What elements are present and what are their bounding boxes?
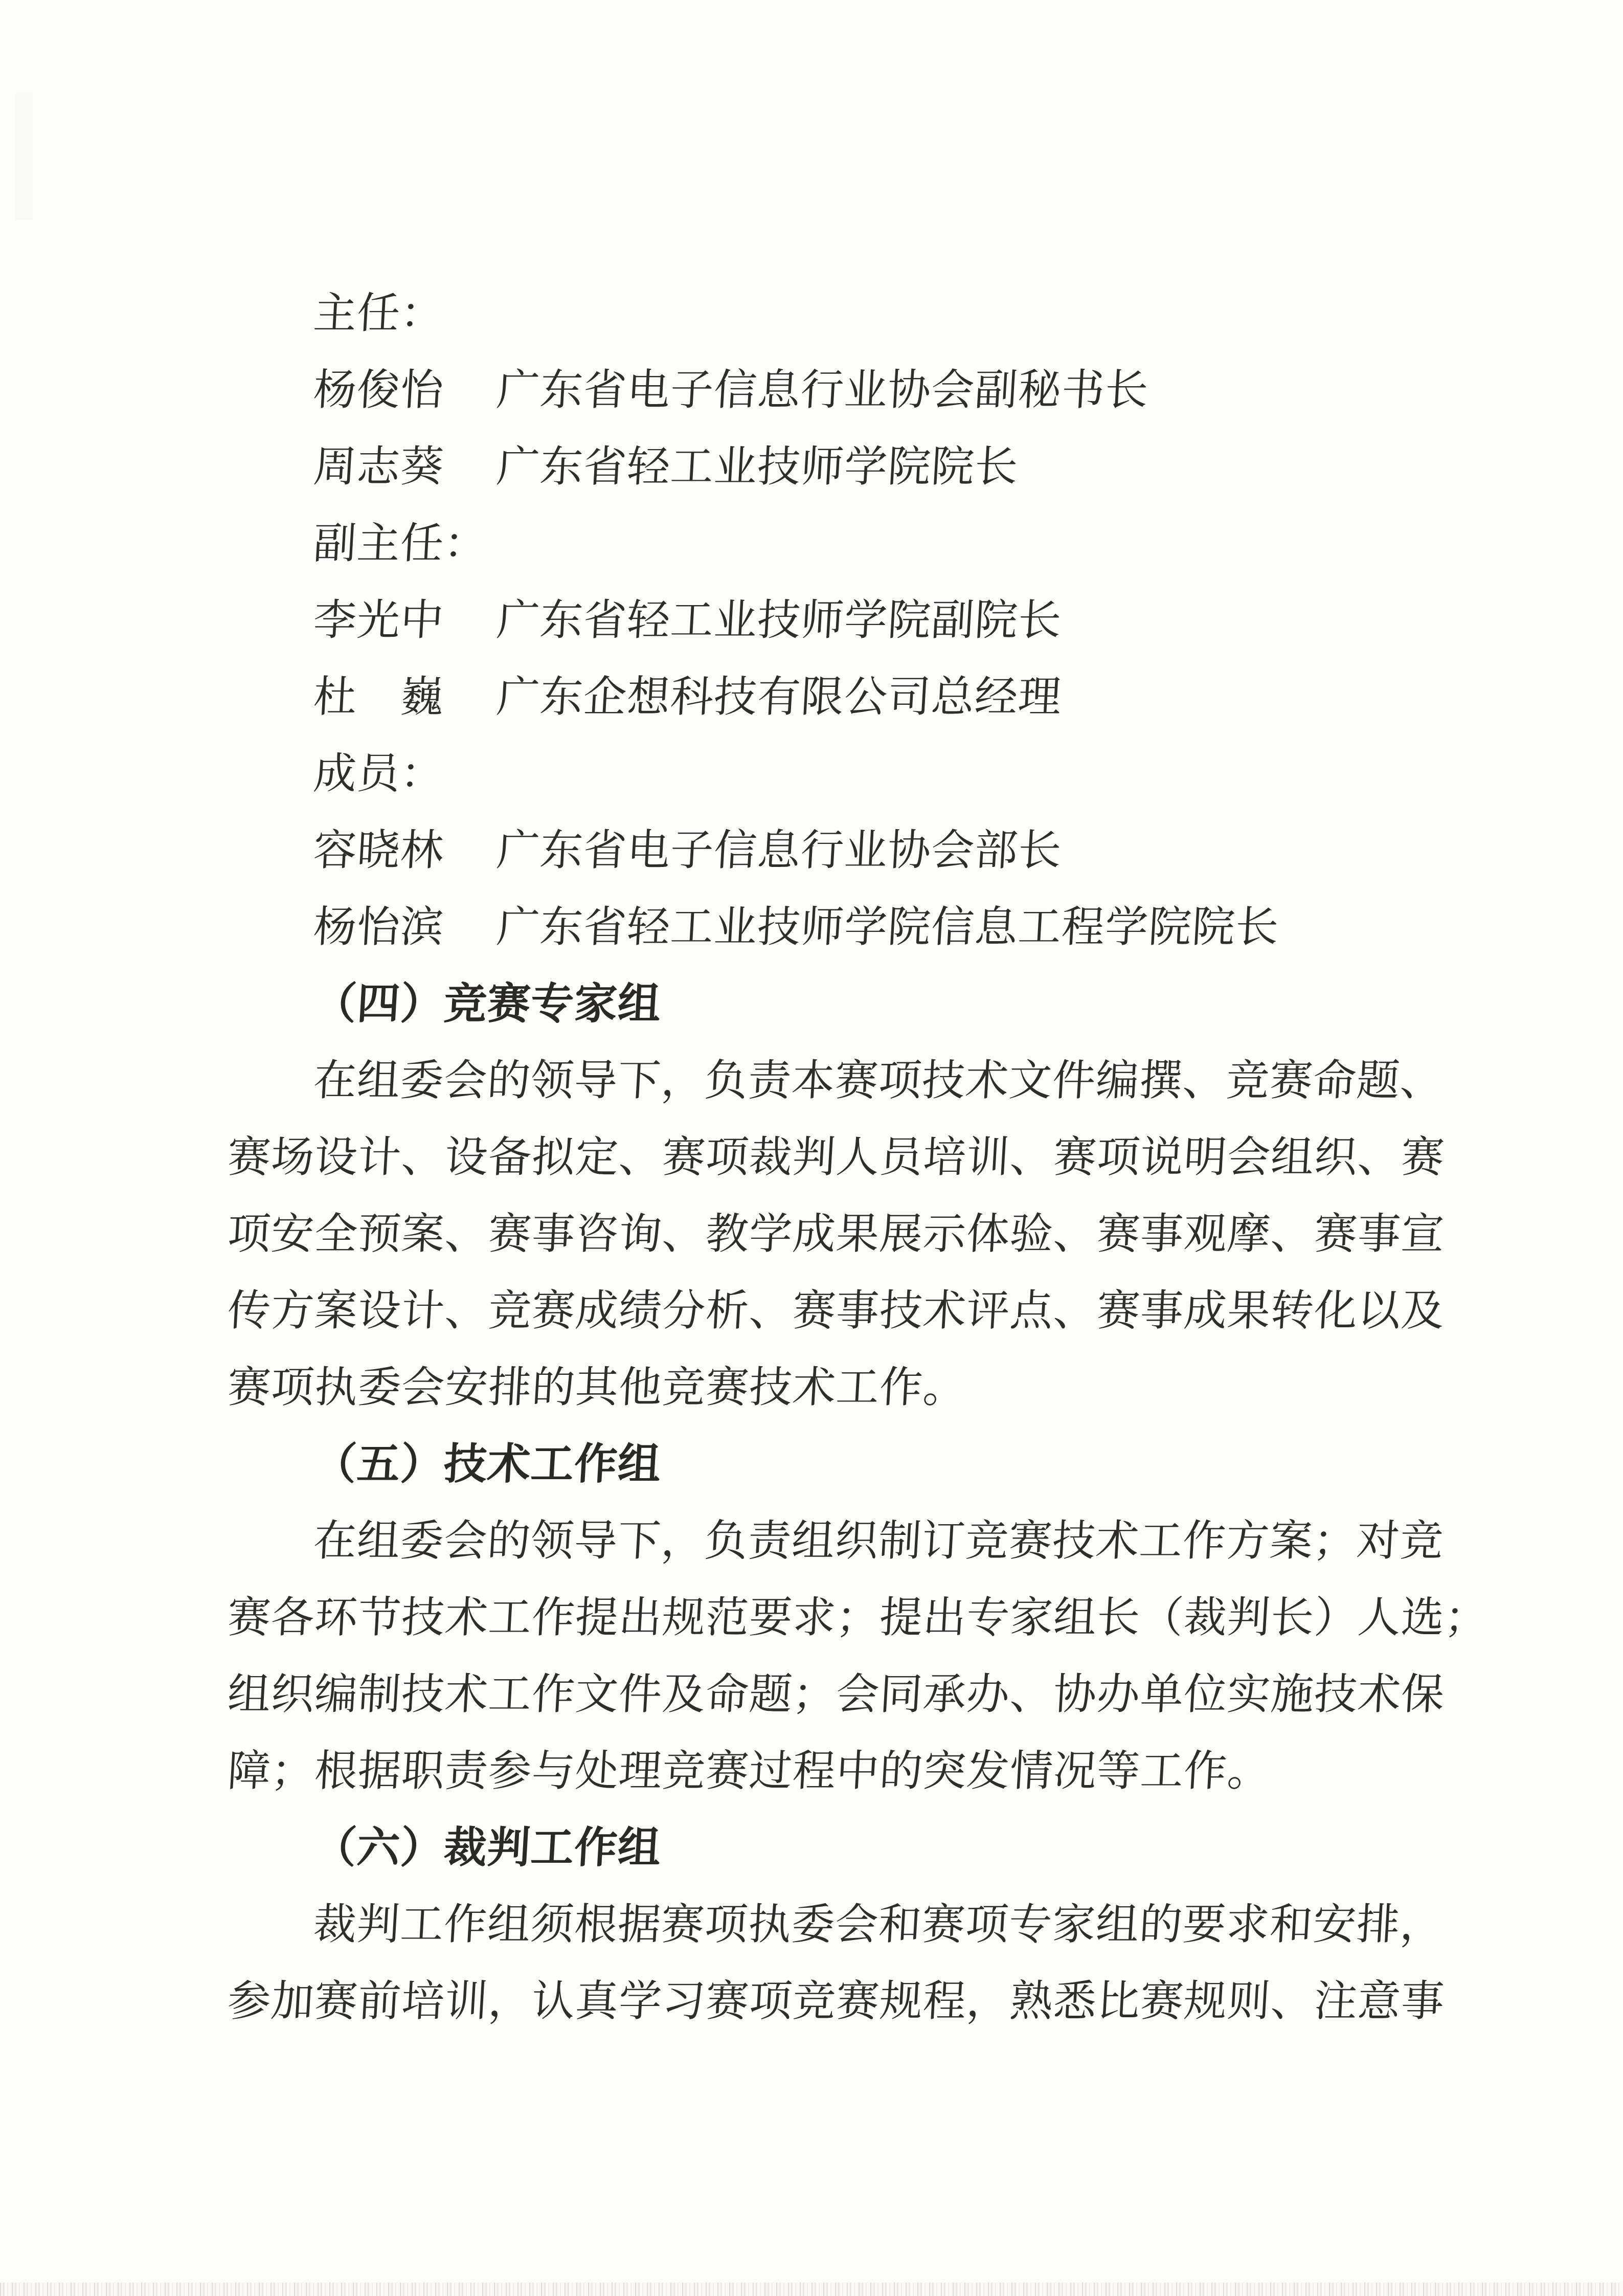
person-name: 周志葵	[311, 429, 499, 506]
paragraph-line: 传方案设计、竞赛成绩分析、赛事技术评点、赛事成果转化以及	[226, 1273, 1401, 1350]
body-text: 主任： 杨俊怡广东省电子信息行业协会副秘书长 周志葵广东省轻工业技师学院院长 副…	[228, 276, 1399, 2040]
paragraph-line: 在组委会的领导下，负责本赛项技术文件编撰、竞赛命题、	[226, 1043, 1401, 1120]
paragraph-line: 项安全预案、赛事咨询、教学成果展示体验、赛事观摩、赛事宣	[226, 1196, 1401, 1273]
scan-noise-strip	[0, 2283, 1623, 2296]
scan-smudge	[15, 92, 33, 220]
person-title: 广东企想科技有限公司总经理	[495, 674, 1063, 721]
person-name: 杜 巍	[311, 659, 499, 736]
person-row: 杨俊怡广东省电子信息行业协会副秘书长	[226, 352, 1401, 429]
paragraph-line: 赛场设计、设备拟定、赛项裁判人员培训、赛项说明会组织、赛	[226, 1120, 1401, 1196]
person-name: 李光中	[311, 583, 499, 659]
role-label: 成员：	[226, 736, 1401, 813]
role-label: 主任：	[226, 276, 1401, 352]
person-title: 广东省电子信息行业协会副秘书长	[495, 367, 1149, 414]
paragraph-line: 在组委会的领导下，负责组织制订竞赛技术工作方案；对竞	[226, 1503, 1401, 1580]
paragraph-line: 组织编制技术工作文件及命题；会同承办、协办单位实施技术保	[226, 1657, 1401, 1733]
person-title: 广东省轻工业技师学院信息工程学院院长	[495, 904, 1280, 951]
section-heading: （五）技术工作组	[226, 1426, 1401, 1503]
person-row: 李光中广东省轻工业技师学院副院长	[226, 583, 1401, 659]
person-row: 杨怡滨广东省轻工业技师学院信息工程学院院长	[226, 889, 1401, 966]
paragraph-line: 赛各环节技术工作提出规范要求；提出专家组长（裁判长）人选；	[226, 1580, 1401, 1657]
section-heading: （四）竞赛专家组	[226, 966, 1401, 1043]
person-row: 周志葵广东省轻工业技师学院院长	[226, 429, 1401, 506]
person-title: 广东省电子信息行业协会部长	[495, 827, 1063, 875]
paragraph-line: 参加赛前培训，认真学习赛项竞赛规程，熟悉比赛规则、注意事	[226, 1964, 1401, 2040]
document-page: 主任： 杨俊怡广东省电子信息行业协会副秘书长 周志葵广东省轻工业技师学院院长 副…	[0, 0, 1623, 2296]
person-title: 广东省轻工业技师学院副院长	[495, 597, 1063, 644]
paragraph-line: 裁判工作组须根据赛项执委会和赛项专家组的要求和安排，	[226, 1887, 1401, 1964]
role-label: 副主任：	[226, 506, 1401, 583]
person-row: 杜 巍广东企想科技有限公司总经理	[226, 659, 1401, 736]
paragraph-line: 赛项执委会安排的其他竞赛技术工作。	[226, 1350, 1401, 1426]
paragraph-line: 障；根据职责参与处理竞赛过程中的突发情况等工作。	[226, 1733, 1401, 1810]
section-heading: （六）裁判工作组	[226, 1810, 1401, 1887]
person-title: 广东省轻工业技师学院院长	[495, 443, 1019, 491]
person-name: 杨怡滨	[311, 889, 499, 966]
person-row: 容晓林广东省电子信息行业协会部长	[226, 813, 1401, 889]
person-name: 杨俊怡	[311, 352, 499, 429]
person-name: 容晓林	[311, 813, 499, 889]
